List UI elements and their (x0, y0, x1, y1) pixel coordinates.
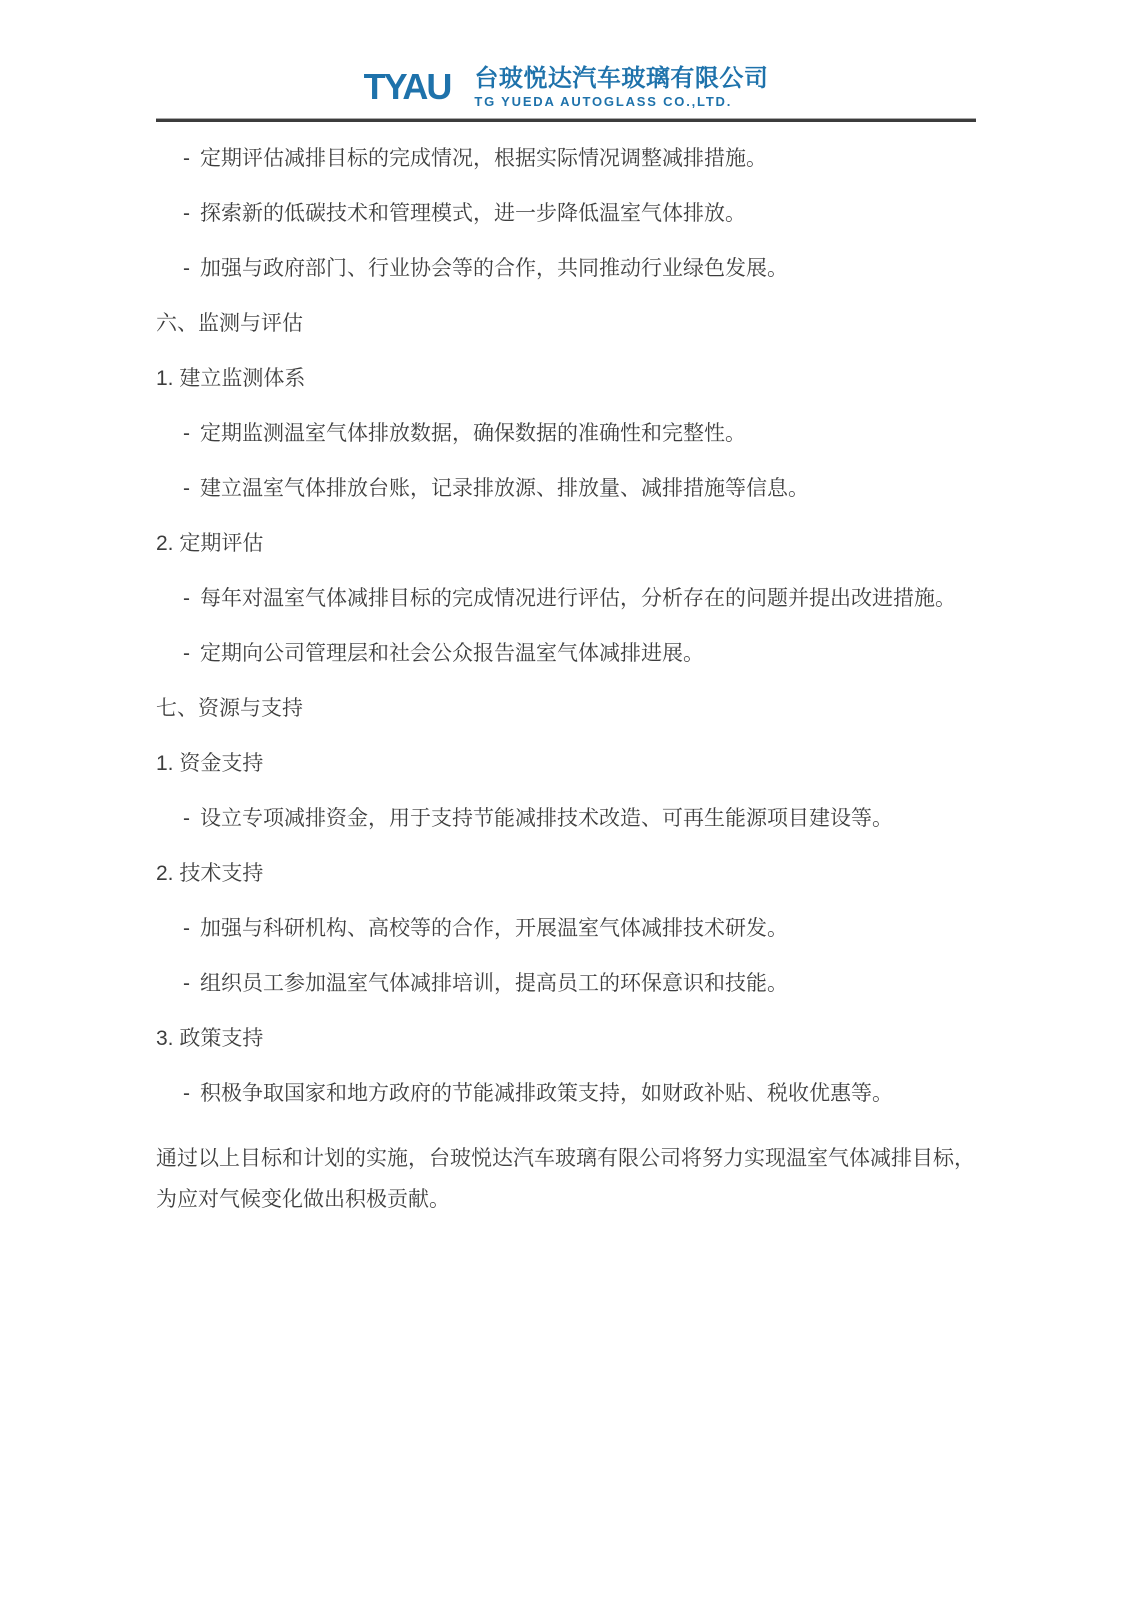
bullet-item: -每年对温室气体减排目标的完成情况进行评估，分析存在的问题并提出改进措施。 (156, 588, 976, 609)
bullet-item: -设立专项减排资金，用于支持节能减排技术改造、可再生能源项目建设等。 (156, 808, 976, 829)
closing-paragraph: 通过以上目标和计划的实施，台玻悦达汽车玻璃有限公司将努力实现温室气体减排目标，为… (156, 1138, 976, 1220)
bullet-text: 加强与科研机构、高校等的合作，开展温室气体减排技术研发。 (200, 917, 788, 940)
bullet-dash: - (183, 258, 200, 279)
bullet-text: 定期评估减排目标的完成情况，根据实际情况调整减排措施。 (200, 147, 767, 170)
document-body: -定期评估减排目标的完成情况，根据实际情况调整减排措施。 -探索新的低碳技术和管… (156, 122, 976, 1220)
section-heading-six: 六、监测与评估 (156, 313, 976, 334)
bullet-item: -建立温室气体排放台账，记录排放源、排放量、减排措施等信息。 (156, 478, 976, 499)
bullet-item: -探索新的低碳技术和管理模式，进一步降低温室气体排放。 (156, 203, 976, 224)
bullet-text: 定期向公司管理层和社会公众报告温室气体减排进展。 (200, 642, 704, 665)
company-name-block: 台玻悦达汽车玻璃有限公司 TG YUEDA AUTOGLASS CO.,LTD. (474, 66, 768, 109)
bullet-text: 设立专项减排资金，用于支持节能减排技术改造、可再生能源项目建设等。 (200, 807, 893, 830)
bullet-text: 组织员工参加温室气体减排培训，提高员工的环保意识和技能。 (200, 972, 788, 995)
bullet-dash: - (183, 148, 200, 169)
section-heading-seven: 七、资源与支持 (156, 698, 976, 719)
company-name-chinese: 台玻悦达汽车玻璃有限公司 (474, 66, 768, 92)
bullet-item: -加强与科研机构、高校等的合作，开展温室气体减排技术研发。 (156, 918, 976, 939)
bullet-dash: - (183, 1083, 200, 1104)
bullet-dash: - (183, 808, 200, 829)
bullet-item: -定期监测温室气体排放数据，确保数据的准确性和完整性。 (156, 423, 976, 444)
bullet-text: 建立温室气体排放台账，记录排放源、排放量、减排措施等信息。 (200, 477, 809, 500)
company-name-english: TG YUEDA AUTOGLASS CO.,LTD. (474, 94, 768, 109)
numbered-item: 2. 技术支持 (156, 863, 976, 884)
document-page: TYAU 台玻悦达汽车玻璃有限公司 TG YUEDA AUTOGLASS CO.… (0, 0, 1131, 1600)
company-header: TYAU 台玻悦达汽车玻璃有限公司 TG YUEDA AUTOGLASS CO.… (156, 0, 976, 122)
bullet-item: -定期向公司管理层和社会公众报告温室气体减排进展。 (156, 643, 976, 664)
bullet-item: -积极争取国家和地方政府的节能减排政策支持，如财政补贴、税收优惠等。 (156, 1083, 976, 1104)
bullet-text: 积极争取国家和地方政府的节能减排政策支持，如财政补贴、税收优惠等。 (200, 1082, 893, 1105)
numbered-item: 1. 资金支持 (156, 753, 976, 774)
bullet-text: 加强与政府部门、行业协会等的合作，共同推动行业绿色发展。 (200, 257, 788, 280)
bullet-item: -定期评估减排目标的完成情况，根据实际情况调整减排措施。 (156, 148, 976, 169)
company-logo-acronym: TYAU (364, 67, 451, 107)
bullet-item: -加强与政府部门、行业协会等的合作，共同推动行业绿色发展。 (156, 258, 976, 279)
bullet-text: 探索新的低碳技术和管理模式，进一步降低温室气体排放。 (200, 202, 746, 225)
bullet-text: 定期监测温室气体排放数据，确保数据的准确性和完整性。 (200, 422, 746, 445)
numbered-item: 3. 政策支持 (156, 1028, 976, 1049)
numbered-item: 2. 定期评估 (156, 533, 976, 554)
bullet-dash: - (183, 918, 200, 939)
bullet-dash: - (183, 423, 200, 444)
bullet-text: 每年对温室气体减排目标的完成情况进行评估，分析存在的问题并提出改进措施。 (200, 587, 956, 610)
bullet-dash: - (183, 643, 200, 664)
bullet-item: -组织员工参加温室气体减排培训，提高员工的环保意识和技能。 (156, 973, 976, 994)
bullet-dash: - (183, 973, 200, 994)
bullet-dash: - (183, 588, 200, 609)
bullet-dash: - (183, 203, 200, 224)
company-logo: TYAU 台玻悦达汽车玻璃有限公司 TG YUEDA AUTOGLASS CO.… (156, 64, 976, 110)
bullet-dash: - (183, 478, 200, 499)
numbered-item: 1. 建立监测体系 (156, 368, 976, 389)
